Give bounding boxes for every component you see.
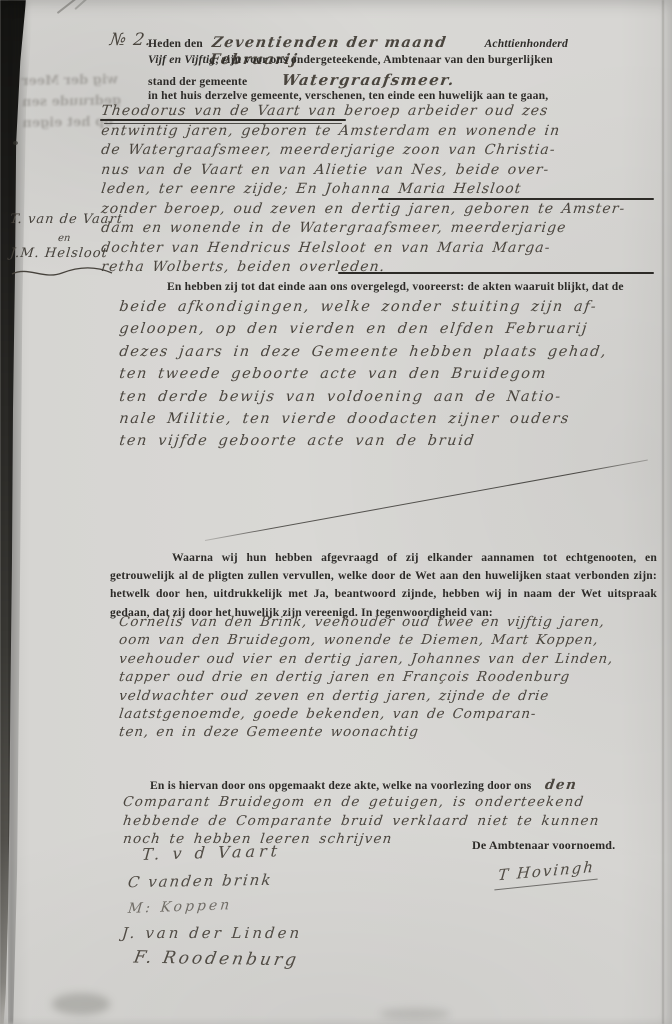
opening-heden-den: Heden den [148,37,203,50]
act-number: № 2. [109,30,154,50]
text-line: ten, en in deze Gemeente woonachtig [118,723,665,741]
parties-handwritten-block: Theodorus van de Vaart van beroep arbeid… [100,102,660,278]
opening-line-3: stand der gemeente Watergraafsmeer. [148,71,568,89]
text-line: dezes jaars in deze Gemeente hebben plaa… [118,341,661,363]
groom-name-underline [100,119,346,121]
smudge [52,993,110,1015]
closing-fill-handwritten: den [543,777,578,793]
margin-bride-name: J.M. Helsloot [9,246,108,261]
text-line: veehouder oud vier en dertig jaren, Joha… [118,650,665,668]
text-line: geloopen, op den vierden en den elfden F… [118,318,661,340]
text-line: laatstgenoemde, goede bekenden, van de C… [118,705,665,723]
text-line: ten vijfde geboorte acte van de bruid [118,430,661,452]
signature-witness-brink: C vanden brink [127,871,274,892]
text-line: dochter van Hendricus Helsloot en van Ma… [100,239,662,259]
opening-line-2-rest: , zijn voor ons ondergeteekende, Ambtena… [215,53,552,66]
text-line: oom van den Bruidegom, wonende te Diemen… [118,631,665,649]
vows-paragraph: Waarna wij hun hebben afgevraagd of zij … [110,549,657,622]
documents-intro: En hebben zij tot dat einde aan ons over… [167,280,655,293]
text-line: hebbende de Comparante bruid verklaard n… [122,812,644,831]
text-line: tapper oud drie en dertig jaren en Franç… [118,668,665,686]
text-line: zonder beroep, oud zeven en dertig jaren… [100,200,662,220]
signature-witness-linden: J. van der Linden [121,924,303,942]
text-line: nale Militie, ten vierde doodacten zijne… [118,408,661,430]
groom-name-underline-2 [104,123,342,124]
page-right-edge [662,0,664,1024]
text-line: Comparant Bruidegom en de getuigen, is o… [122,793,644,812]
opening-line-4: in het huis derzelve gemeente, verschene… [148,89,573,102]
text-line: ten tweede geboorte acte van den Bruideg… [118,363,661,385]
text-line: ten derde bewijs van voldoening aan de N… [118,386,661,408]
opening-line-2: Vijf en Vijftig, zijn voor ons ondergete… [148,53,568,66]
text-line: retha Wolberts, beiden overleden. [100,258,662,278]
text-line: leden, ter eenre zijde; En Johanna Maria… [100,180,662,200]
binding-shadow [8,0,34,1024]
diagonal-strike [205,460,648,542]
witnesses-handwritten-block: Cornelis van den Brink, veehouder oud tw… [118,613,663,742]
text-line: wig der Meer [21,69,141,92]
closing-line: En is hiervan door ons opgemaakt deze ak… [150,777,670,793]
signature-groom: T. v d Vaart [141,841,282,864]
opening-gemeente-label: stand der gemeente [148,75,247,88]
smudge [380,1008,450,1020]
documents-handwritten-block: beide afkondigingen, welke zonder stuiti… [118,296,658,453]
signature-witness-koppen: M: Koppen [127,897,233,917]
closing-line-text: En is hiervan door ons opgemaakt deze ak… [150,779,531,792]
text-line: veldwachter oud zeven en dertig jaren, z… [118,687,665,705]
pencil-stroke [74,0,91,10]
official-title: De Ambtenaar voornoemd. [472,838,615,853]
opening-year: Vijf en Vijftig [148,53,215,66]
margin-groom-name: T. van de Vaart [9,212,123,227]
ink-speck [13,141,18,145]
opening-achttienhonderd: Achttienhonderd [484,37,568,50]
signature-witness-roodenburg: F. Roodenburg [132,948,300,971]
margin-flourish [10,264,114,282]
margin-connector: en [57,233,71,244]
bride-name-underline [378,198,654,200]
text-line: Cornelis van den Brink, veehouder oud tw… [118,613,665,631]
text-line: nus van de Vaart en van Alietie van Nes,… [100,161,662,181]
text-line: beide afkondigingen, welke zonder stuiti… [118,296,661,318]
text-line: entwintig jaren, geboren te Amsterdam en… [100,122,662,142]
blank-filler-rule [338,272,654,274]
gemeente-fill-handwritten: Watergraafsmeer. [281,71,457,89]
text-line: de Watergraafsmeer, meerderjarige zoon v… [100,141,662,161]
marriage-act-scan: wig der Meergedruude senop het eigen № 2… [0,0,672,1024]
text-line: dam en wonende in de Watergraafsmeer, me… [100,219,662,239]
